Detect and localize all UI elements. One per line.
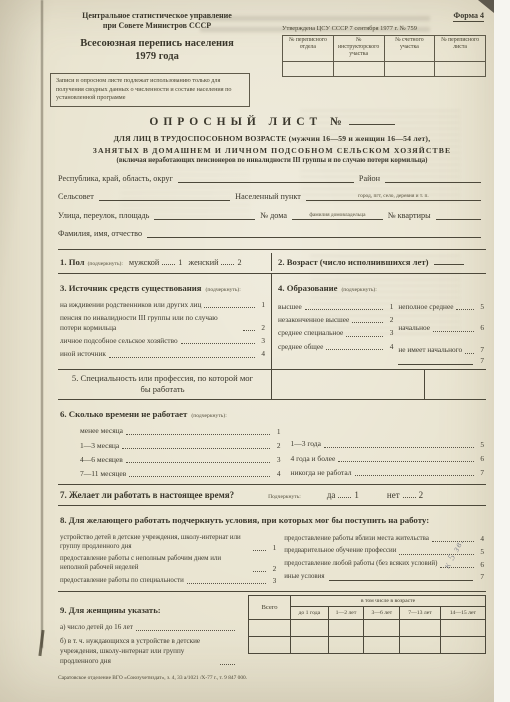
q5-answer-cell [272, 370, 424, 399]
address-row-name: Фамилия, имя, отчество [58, 229, 486, 238]
dot-leader [253, 550, 266, 551]
q6-item-label: никогда не работал [290, 468, 351, 478]
q6-item: 1—3 месяца2 [80, 441, 280, 451]
dot-leader [126, 434, 270, 435]
q9-children-table-area: Всего в том числе в возрасте до 1 года 1… [242, 592, 486, 666]
question-row-3-4: 3. Источник средств существования (подче… [58, 274, 486, 370]
id-col-census-department: № переписного отдела [283, 36, 334, 62]
q8-item-label: иные условия [284, 573, 324, 582]
q6-item-code: 4 [273, 469, 280, 479]
blank-cell [328, 636, 364, 653]
settlement-label: Населенный пункт [235, 192, 301, 201]
form-subtitle-3: (включая неработающих пенсионеров по инв… [58, 157, 486, 164]
q6-item-code: 1 [273, 427, 280, 437]
question-5-specialty: 5. Специальность или профессия, по котор… [58, 370, 272, 399]
q4-extra-code: 7 [477, 356, 484, 365]
q3-item-code: 2 [258, 323, 265, 333]
q7-label: 7. Желает ли работать в настоящее время? [60, 490, 234, 500]
q1-label: 1. Пол [60, 257, 85, 267]
q4-item-code: 4 [386, 342, 393, 352]
blank-cell [291, 619, 329, 636]
question-3-income-source: 3. Источник средств существования (подче… [58, 274, 272, 369]
blank-line [398, 359, 473, 365]
q9-label: 9. Для женщины указать: [60, 605, 161, 615]
question-row-6: 6. Сколько времени не работает (подчеркн… [58, 400, 486, 485]
q6-item-label: 1—3 месяца [80, 441, 119, 451]
q8-item-other: иные условия7 [284, 572, 484, 581]
q8-label: 8. Для желающего работать подчеркнуть ус… [60, 515, 429, 525]
q4-hint: (подчеркнуть): [341, 287, 376, 293]
q8-item-label: предварительное обучение профессии [284, 547, 396, 556]
q4-item-code: 7 [477, 345, 484, 355]
id-col-sheet-number: № переписного листа [435, 36, 486, 62]
q1-male-code: 1 [178, 258, 182, 267]
q8-item-code: 2 [269, 564, 276, 573]
q8-left-column: устройство детей в детские учреждения, ш… [60, 531, 276, 586]
q7-no-option: нет2 [387, 490, 423, 500]
id-blank-cell [283, 62, 334, 77]
scan-corner-mark [38, 630, 44, 656]
children-age-table: Всего в том числе в возрасте до 1 года 1… [248, 595, 486, 654]
q8-columns: устройство детей в детские учреждения, ш… [60, 531, 484, 586]
q6-hint: (подчеркнуть): [191, 413, 226, 419]
q4-item-code: 2 [386, 315, 393, 325]
apartment-label: № квартиры [388, 211, 431, 220]
q4-item: не имеет начального7 [398, 345, 484, 355]
address-row-region: Республика, край, область, округ Район [58, 174, 486, 183]
q8-item-label: устройство детей в детские учреждения, ш… [60, 534, 250, 552]
q3-label: 3. Источник средств существования [60, 283, 201, 293]
q4-item-code: 5 [477, 302, 484, 312]
q3-item-label: личное подсобное сельское хозяйство [60, 336, 178, 346]
q6-label: 6. Сколько времени не работает [60, 409, 187, 419]
house-label: № дома [260, 211, 287, 220]
house-blank: фамилия домовладельца [292, 212, 383, 220]
id-col-counting-precinct: № счетного участка [384, 36, 435, 62]
blank-cell [291, 636, 329, 653]
q3-item: личное подсобное сельское хозяйство3 [60, 336, 265, 346]
q3-item-label: на иждивении родственников или других ли… [60, 300, 201, 310]
house-caption: фамилия домовладельца [292, 213, 383, 219]
fullname-label: Фамилия, имя, отчество [58, 229, 142, 238]
question-9-for-women: 9. Для женщины указать: а) число детей д… [58, 592, 242, 666]
q6-item-label: менее месяца [80, 426, 123, 436]
children-col-under1: до 1 года [291, 606, 329, 619]
selsovet-label: Сельсовет [58, 192, 94, 201]
q4-right-column: неполное среднее5 начальное6 не имеет на… [393, 298, 484, 365]
selsovet-blank [99, 193, 230, 201]
scanned-census-form: Центральное статистическое управление пр… [0, 0, 494, 702]
agency-name: Центральное статистическое управление пр… [58, 11, 256, 32]
q3-item-code: 4 [258, 349, 265, 359]
q4-label: 4. Образование [278, 283, 337, 293]
question-2-age: 2. Возраст (число исполнившихся лет) [272, 253, 486, 271]
sheet-number-blank [349, 116, 395, 125]
q6-item-label: 4—6 месяцев [80, 455, 123, 465]
dot-leader [136, 630, 235, 631]
q8-item-label: предоставление работы по специальности [60, 577, 184, 586]
q6-item-code: 6 [477, 454, 484, 464]
children-group-header: в том числе в возрасте [291, 595, 486, 606]
blank-cell [400, 636, 441, 653]
children-col-7-13: 7—13 лет [400, 606, 441, 619]
header-right-column: Форма 4 Утверждена ЦСУ СССР 7 сентября 1… [282, 11, 486, 107]
q2-label: 2. Возраст (число исполнившихся лет) [278, 257, 429, 267]
q8-item-code: 7 [477, 572, 484, 581]
children-table-blank-row-a [249, 619, 486, 636]
dot-leader [162, 258, 175, 265]
q4-item-label: среднее общее [278, 342, 323, 352]
q4-item: высшее1 [278, 302, 393, 312]
dot-leader [352, 322, 383, 323]
q4-item: среднее общее4 [278, 342, 393, 352]
dot-leader [181, 343, 255, 344]
q6-item: 4—6 месяцев3 [80, 455, 280, 465]
dot-leader [433, 331, 474, 332]
dot-leader [324, 447, 474, 448]
q4-item-label: неполное среднее [398, 302, 453, 312]
id-table-blank-row [283, 62, 486, 77]
q5-line1: 5. Специальность или профессия, по котор… [60, 373, 265, 384]
q4-item-label: начальное [398, 323, 430, 333]
precinct-id-table: № переписного отдела № инструкторского у… [282, 35, 486, 77]
q4-item: среднее специальное3 [278, 328, 393, 338]
q4-item: незаконченное высшее2 [278, 315, 393, 325]
q3-item-label: иной источник [60, 349, 106, 359]
question-row-7: 7. Желает ли работать в настоящее время?… [58, 485, 486, 506]
q5-answer-area [272, 370, 486, 399]
q4-item-label: среднее специальное [278, 328, 343, 338]
q3-item: пенсия по инвалидности III группы или по… [60, 313, 265, 333]
q8-item-code: 1 [269, 543, 276, 552]
blank-cell [328, 619, 364, 636]
dot-leader [122, 448, 270, 449]
q6-item-label: 7—11 месяцев [80, 469, 126, 479]
form-title-text: ОПРОСНЫЙ ЛИСТ № [149, 116, 346, 128]
dot-leader [326, 349, 383, 350]
address-row-street: Улица, переулок, площадь № дома фамилия … [58, 211, 486, 220]
q4-columns: высшее1 незаконченное высшее2 среднее сп… [278, 298, 484, 365]
census-line1: Всесоюзная перепись населения [58, 37, 256, 50]
q4-item-code: 6 [477, 323, 484, 333]
q8-item-label: предоставление работы с неполным рабочим… [60, 555, 250, 573]
q9-item-a-label: а) число детей до 16 лет [60, 623, 133, 633]
dot-leader [305, 309, 384, 310]
q6-left-column: менее месяца1 1—3 месяца2 4—6 месяцев3 7… [60, 422, 280, 479]
q8-item-code: 4 [477, 534, 484, 543]
q7-yes-label: да [327, 490, 336, 500]
apartment-blank [436, 212, 481, 220]
q6-item-code: 5 [477, 440, 484, 450]
q1-female-label: женский [189, 258, 219, 267]
q6-item-label: 4 года и более [290, 454, 335, 464]
agency-line2: при Совете Министров СССР [58, 21, 256, 31]
census-line2: 1979 года [58, 50, 256, 63]
blank-cell [400, 619, 441, 636]
question-1-sex: 1. Пол (подчеркнуть): мужской1 женский2 [58, 253, 272, 271]
address-block: Республика, край, область, округ Район С… [58, 174, 486, 239]
q6-item: никогда не работал7 [290, 468, 484, 478]
q2-answer-blank [434, 257, 464, 265]
dot-leader [355, 475, 474, 476]
q4-item-label: незаконченное высшее [278, 315, 349, 325]
address-row-settlement: Сельсовет Населенный пункт город, пгт, с… [58, 192, 486, 201]
form-number: Форма 4 [282, 11, 486, 20]
form-number-text: Форма 4 [453, 11, 484, 22]
q1-options: мужской1 женский2 [129, 258, 242, 267]
q8-item-code: 5 [477, 547, 484, 556]
dot-leader [243, 330, 255, 331]
q1-female-code: 2 [237, 258, 241, 267]
q6-item-code: 2 [273, 441, 280, 451]
q8-item: предоставление работы по специальности3 [60, 576, 276, 585]
question-row-9: 9. Для женщины указать: а) число детей д… [58, 592, 486, 668]
q6-item-label: 1—3 года [290, 439, 320, 449]
q4-left-column: высшее1 незаконченное высшее2 среднее сп… [278, 298, 393, 365]
children-col-total: Всего [249, 595, 291, 619]
q6-columns: менее месяца1 1—3 месяца2 4—6 месяцев3 7… [60, 422, 484, 479]
id-table-header-row: № переписного отдела № инструкторского у… [283, 36, 486, 62]
q3-item-code: 3 [258, 336, 265, 346]
q5-line2: бы работать [60, 384, 265, 395]
q9-item-b-label: б) в т. ч. нуждающихся в устройстве в де… [60, 637, 217, 666]
blank-cell [364, 636, 400, 653]
district-blank [385, 175, 481, 183]
q1-male-label: мужской [129, 258, 159, 267]
dot-leader [399, 554, 474, 555]
dot-leader [346, 336, 383, 337]
q7-no-code: 2 [419, 490, 424, 500]
children-col-14-15: 14—15 лет [440, 606, 485, 619]
children-col-3-6: 3—6 лет [364, 606, 400, 619]
dot-leader [403, 491, 416, 498]
q9-item-b: б) в т. ч. нуждающихся в устройстве в де… [60, 637, 238, 666]
id-blank-cell [384, 62, 435, 77]
blank-cell [440, 619, 485, 636]
q4-item: неполное среднее5 [398, 302, 484, 312]
q4-item: начальное6 [398, 323, 484, 333]
dot-leader [338, 461, 474, 462]
settlement-blank: город, пгт, село, деревня и т. п. [306, 193, 481, 201]
dot-leader [204, 307, 255, 308]
q3-item-code: 1 [258, 300, 265, 310]
other-conditions-blank [329, 575, 473, 581]
form-content: Центральное статистическое управление пр… [58, 11, 486, 681]
dot-leader [187, 583, 266, 584]
id-blank-cell [435, 62, 486, 77]
dot-leader [220, 664, 235, 665]
dot-leader [221, 258, 234, 265]
question-row-1-2: 1. Пол (подчеркнуть): мужской1 женский2 … [58, 250, 486, 274]
q8-item-label: предоставление любой работы (без всяких … [284, 560, 437, 569]
q6-item-code: 3 [273, 455, 280, 465]
q4-extra-line: 7 [398, 356, 484, 365]
q5-code-cell [424, 370, 486, 399]
census-title: Всесоюзная перепись населения 1979 года [58, 37, 256, 63]
q9-item-a: а) число детей до 16 лет [60, 623, 238, 633]
blank-cell [249, 619, 291, 636]
id-col-instructor-precinct: № инструкторского участка [333, 36, 384, 62]
question-7-wants-to-work: 7. Желает ли работать в настоящее время?… [58, 485, 486, 505]
children-col-1-2: 1—2 лет [328, 606, 364, 619]
q8-item-code: 3 [269, 576, 276, 585]
dot-leader [456, 309, 474, 310]
agency-line1: Центральное статистическое управление [58, 11, 256, 21]
q8-item-code: 6 [477, 560, 484, 569]
q3-item-label: пенсия по инвалидности III группы или по… [60, 313, 240, 333]
q7-no-label: нет [387, 490, 400, 500]
q8-item: устройство детей в детские учреждения, ш… [60, 534, 276, 552]
q3-item: иной источник4 [60, 349, 265, 359]
q6-item: 4 года и более6 [290, 454, 484, 464]
usage-note: Записи в опросном листе подлежат использ… [50, 73, 250, 107]
district-label: Район [359, 174, 380, 183]
q6-item: менее месяца1 [80, 426, 280, 436]
approval-note: Утверждена ЦСУ СССР 7 сентября 1977 г. №… [282, 25, 486, 32]
q6-item: 1—3 года5 [290, 439, 484, 449]
fullname-blank [147, 230, 481, 238]
blank-cell [364, 619, 400, 636]
dot-leader [129, 476, 270, 477]
question-row-5: 5. Специальность или профессия, по котор… [58, 370, 486, 400]
q6-item: 7—11 месяцев4 [80, 469, 280, 479]
id-blank-cell [333, 62, 384, 77]
children-table-group-row: Всего в том числе в возрасте [249, 595, 486, 606]
form-title: ОПРОСНЫЙ ЛИСТ № [58, 116, 486, 128]
question-6-time-not-working: 6. Сколько времени не работает (подчеркн… [58, 400, 486, 484]
form-header: Центральное статистическое управление пр… [58, 11, 486, 107]
q4-item-label: не имеет начального [398, 345, 462, 355]
q6-item-code: 7 [477, 468, 484, 478]
q3-hint: (подчеркнуть): [205, 287, 240, 293]
blank-cell [249, 636, 291, 653]
printer-imprint: Саратовское отделение ВГО «Союзучетиздат… [58, 675, 486, 681]
question-row-8: 8. Для желающего работать подчеркнуть ус… [58, 506, 486, 592]
street-label: Улица, переулок, площадь [58, 211, 149, 220]
q4-item-label: высшее [278, 302, 302, 312]
q7-hint: Подчеркнуть: [268, 494, 301, 500]
q7-yes-option: да1 [327, 490, 359, 500]
questionnaire: 1. Пол (подчеркнуть): мужской1 женский2 … [58, 249, 486, 668]
dot-leader [126, 462, 271, 463]
q1-hint: (подчеркнуть): [88, 261, 123, 267]
dot-leader [338, 491, 351, 498]
scan-edge-shadow [41, 0, 43, 648]
q8-item-label: предоставление работы вблизи места жител… [284, 535, 429, 544]
q4-item-code: 3 [386, 328, 393, 338]
question-8-work-conditions: 8. Для желающего работать подчеркнуть ус… [58, 506, 486, 591]
header-left-column: Центральное статистическое управление пр… [58, 11, 256, 107]
dot-leader [253, 571, 266, 572]
q8-item: предоставление работы с неполным рабочим… [60, 555, 276, 573]
q6-right-column: 1—3 года5 4 года и более6 никогда не раб… [280, 422, 484, 479]
q7-yes-code: 1 [354, 490, 359, 500]
form-subtitle-2: ЗАНЯТЫХ В ДОМАШНЕМ И ЛИЧНОМ ПОДСОБНОМ СЕ… [58, 146, 486, 155]
dot-leader [109, 357, 255, 358]
street-blank [154, 212, 255, 220]
region-blank [178, 175, 354, 183]
settlement-caption: город, пгт, село, деревня и т. п. [306, 194, 481, 200]
question-4-education: 4. Образование (подчеркнуть): высшее1 не… [272, 274, 486, 369]
children-table-blank-row-b [249, 636, 486, 653]
blank-cell [440, 636, 485, 653]
region-label: Республика, край, область, округ [58, 174, 173, 183]
q4-item-code: 1 [386, 302, 393, 312]
q3-item: на иждивении родственников или других ли… [60, 300, 265, 310]
dot-leader [465, 353, 474, 354]
form-subtitle-1: ДЛЯ ЛИЦ В ТРУДОСПОСОБНОМ ВОЗРАСТЕ (мужчи… [58, 134, 486, 143]
